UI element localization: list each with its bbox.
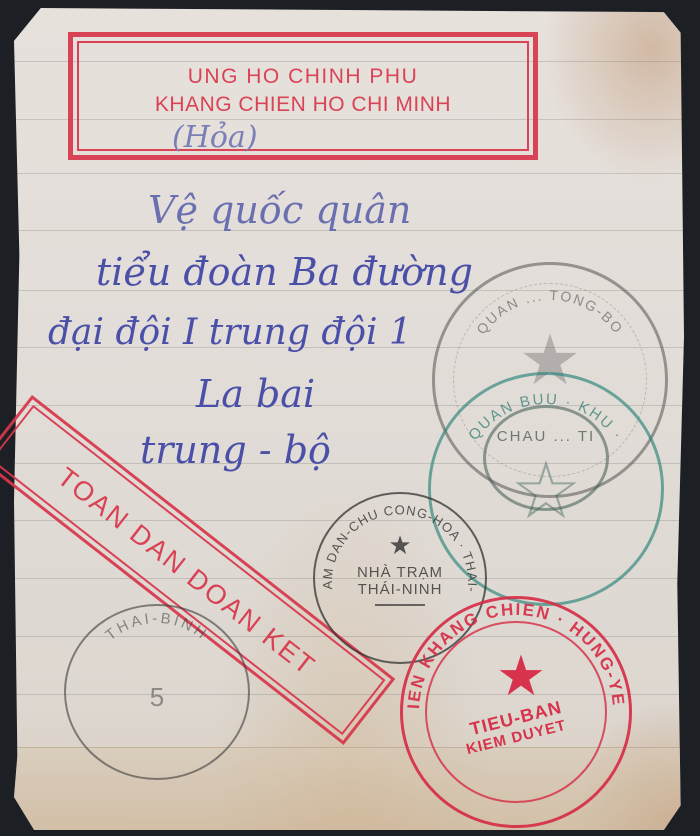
address-line-2: tiểu đoàn Ba đường [96, 250, 473, 294]
svg-text:QUAN ... TONG-BO: QUAN ... TONG-BO [473, 287, 627, 337]
svg-text:QUAN BUU · KHU ·: QUAN BUU · KHU · [465, 391, 627, 444]
svg-text:· TIEN KHANG CHIEN · HUNG-YEN: · TIEN KHANG CHIEN · HUNG-YEN · [396, 584, 628, 710]
postmark-thai-binh-datestamp: THAI-BINH 5 [64, 604, 250, 780]
svg-text:VIET-NAM DAN-CHU CONG-HOA · TH: VIET-NAM DAN-CHU CONG-HOA · THAI-BINH · [310, 482, 480, 594]
address-line-3: đại đội I trung đội 1 [48, 312, 412, 353]
handwritten-note: (Hỏa) [172, 120, 258, 155]
address-line-1: Vệ quốc quân [148, 188, 411, 232]
postmark-ring-text: VIET-NAM DAN-CHU CONG-HOA · THAI-BINH · [310, 482, 480, 594]
svg-text:THAI-BINH: THAI-BINH [102, 610, 211, 644]
address-line-4: La bai [196, 372, 315, 416]
postmark-censor-hung-yen: · TIEN KHANG CHIEN · HUNG-YEN · ★ TIEU-B… [400, 596, 632, 828]
support-government-stamp: UNG HO CHINH PHU KHANG CHIEN HO CHI MINH [68, 32, 538, 160]
postmark-ring-text: QUAN ... TONG-BO [473, 287, 627, 337]
postmark-ring-text: THAI-BINH [102, 610, 211, 644]
postmark-ring-text: QUAN BUU · KHU · [465, 391, 627, 444]
address-line-5: trung - bộ [140, 428, 331, 472]
postmark-ring-text: · TIEN KHANG CHIEN · HUNG-YEN · [396, 584, 628, 710]
ruled-line [14, 173, 684, 174]
stamp-line-1: UNG HO CHINH PHU [73, 65, 533, 89]
stamp-line-2: KHANG CHIEN HO CHI MINH [73, 93, 533, 117]
